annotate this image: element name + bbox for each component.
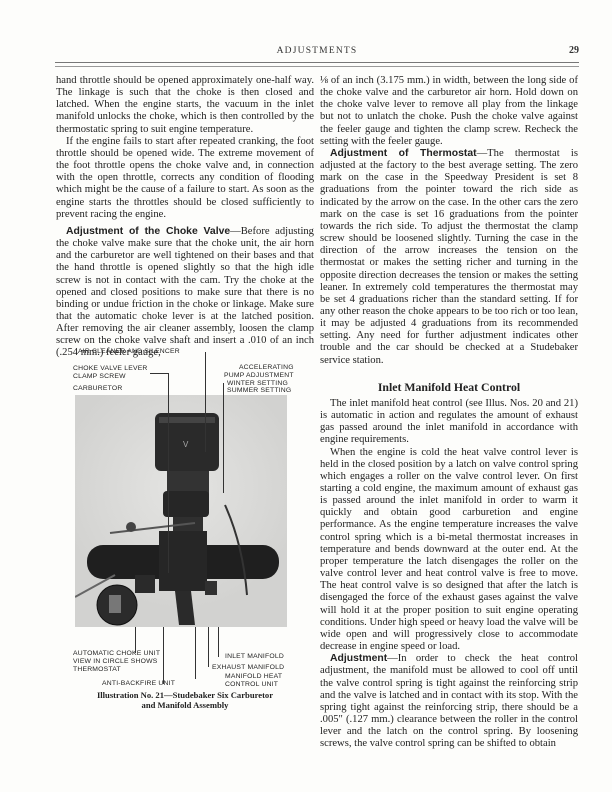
adjustment-paragraph: Adjustment—In order to check the heat co… [320,653,578,750]
choke-adjustment-paragraph: Adjustment of the Choke Valve—Before adj… [56,226,314,360]
callout-air-cleaner: AIR CLEANER AND SILENCER [78,348,180,356]
leader-line [195,627,196,679]
paragraph: ⅛ of an inch (3.175 mm.) in width, betwe… [320,75,578,148]
thermostat-text: —The thermostat is adjusted at the facto… [320,148,578,366]
caption-line-1: Illustration No. 21—Studebaker Six Carbu… [60,690,310,700]
adjustment-heading: Adjustment [330,653,387,664]
callout-anti-backfire: ANTI-BACKFIRE UNIT [102,680,175,688]
leader-line [168,373,169,573]
leader-line [150,373,168,374]
header-title: ADJUSTMENTS [55,46,579,56]
paragraph: hand throttle should be opened approxima… [56,75,314,136]
right-column: ⅛ of an inch (3.175 mm.) in width, betwe… [320,75,578,750]
thermostat-paragraph: Adjustment of Thermostat—The thermostat … [320,148,578,367]
leader-line [208,627,209,667]
paragraph: The inlet manifold heat control (see Ill… [320,398,578,447]
paragraph: If the engine fails to start after repea… [56,136,314,221]
callout-accelerating-pump: ACCELERATING PUMP ADJUSTMENT [224,364,294,380]
choke-text: —Before adjusting the choke valve make s… [56,226,314,359]
figure-caption: Illustration No. 21—Studebaker Six Carbu… [60,690,310,710]
thermostat-heading: Adjustment of Thermostat [330,148,477,159]
leader-line [205,352,206,452]
leader-line [135,627,136,653]
header-rule [55,62,579,67]
callout-choke-valve-lever: CHOKE VALVE LEVER CLAMP SCREW [73,365,148,381]
callout-inlet-manifold: INLET MANIFOLD [225,653,284,661]
running-header: ADJUSTMENTS 29 [55,44,579,60]
section-title: Inlet Manifold Heat Control [320,381,578,393]
callout-exhaust-manifold: EXHAUST MANIFOLD [212,664,284,672]
left-column: hand throttle should be opened approxima… [56,75,314,360]
leader-line [218,627,219,657]
carburetor-photo: V [75,395,287,627]
leader-line [163,627,164,684]
paragraph: When the engine is cold the heat valve c… [320,447,578,654]
callout-carburetor: CARBURETOR [73,385,122,393]
adjustment-text: —In order to check the heat control adju… [320,653,578,749]
leader-line [223,383,224,493]
svg-text:V: V [183,440,189,449]
callout-manifold-heat-control: MANIFOLD HEAT CONTROL UNIT [225,673,282,689]
page-number: 29 [569,45,579,56]
callout-summer-setting: SUMMER SETTING [227,387,291,395]
choke-heading: Adjustment of the Choke Valve [66,226,230,237]
carburetor-manifold-drawing: V [75,395,287,627]
callout-automatic-choke-unit: AUTOMATIC CHOKE UNIT VIEW IN CIRCLE SHOW… [73,650,160,674]
illustration-21: V AIR CLEANER AND SILENCER CHOKE VALVE L… [60,345,310,710]
caption-line-2: and Manifold Assembly [60,700,310,710]
